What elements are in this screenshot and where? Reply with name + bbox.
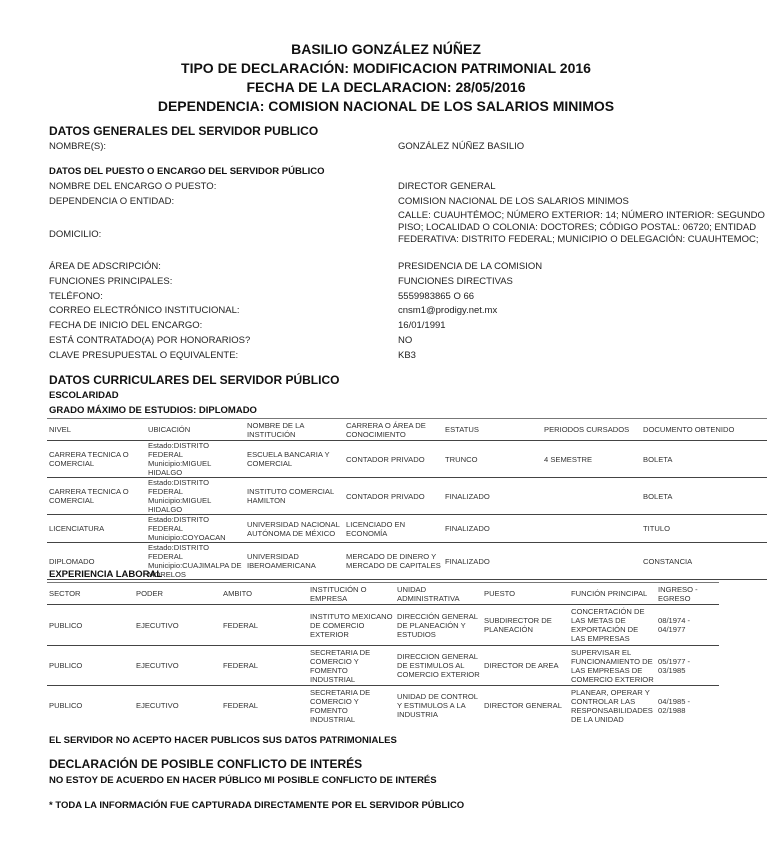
cell: ESCUELA BANCARIA Y COMERCIAL [245, 441, 344, 478]
cell: Estado:DISTRITO FEDERAL Municipio:MIGUEL… [146, 441, 245, 478]
col-header: CARRERA O ÁREA DE CONOCIMIENTO [344, 419, 443, 441]
conflicto-text: NO ESTOY DE ACUERDO EN HACER PÚBLICO MI … [49, 775, 437, 786]
cell: Estado:DISTRITO FEDERAL Municipio:COYOAC… [146, 515, 245, 543]
cell: CARRERA TECNICA O COMERCIAL [47, 441, 146, 478]
col-header: ESTATUS [443, 419, 542, 441]
cell: FINALIZADO [443, 478, 542, 515]
col-header: INSTITUCIÓN O EMPRESA [308, 583, 395, 605]
field-value-clave: KB3 [398, 350, 768, 362]
col-header: PUESTO [482, 583, 569, 605]
col-header: AMBITO [221, 583, 308, 605]
field-label-domicilio: DOMICILIO: [49, 229, 101, 240]
col-header: INGRESO - EGRESO [656, 583, 719, 605]
field-value-domicilio: CALLE: CUAUHTÉMOC; NÚMERO EXTERIOR: 14; … [398, 210, 770, 246]
section-title-conflicto: DECLARACIÓN DE POSIBLE CONFLICTO DE INTE… [49, 757, 362, 771]
cell: DIRECCION GENERAL DE ESTIMULOS AL COMERC… [395, 646, 482, 686]
cell: CONTADOR PRIVADO [344, 478, 443, 515]
cell: PLANEAR, OPERAR Y CONTROLAR LAS RESPONSA… [569, 686, 656, 726]
cell: SECRETARIA DE COMERCIO Y FOMENTO INDUSTR… [308, 686, 395, 726]
field-value-nombre: GONZÁLEZ NÚÑEZ BASILIO [398, 141, 768, 153]
cell [542, 543, 641, 580]
section-title-experiencia: EXPERIENCIA LABORAL [49, 569, 162, 580]
field-label-encargo: NOMBRE DEL ENCARGO O PUESTO: [49, 181, 216, 192]
cell [542, 515, 641, 543]
cell: 08/1974 - 04/1977 [656, 605, 719, 646]
cell [542, 478, 641, 515]
cell: PUBLICO [47, 686, 134, 726]
cell: CONSTANCIA [641, 543, 767, 580]
declaration-agency: DEPENDENCIA: COMISION NACIONAL DE LOS SA… [0, 97, 772, 116]
field-label-honorarios: ESTÁ CONTRATADO(A) POR HONORARIOS? [49, 335, 250, 346]
col-header: DOCUMENTO OBTENIDO [641, 419, 767, 441]
cell: FEDERAL [221, 605, 308, 646]
col-header: NIVEL [47, 419, 146, 441]
cell: SUPERVISAR EL FUNCIONAMIENTO DE LAS EMPR… [569, 646, 656, 686]
declaration-type: TIPO DE DECLARACIÓN: MODIFICACION PATRIM… [0, 59, 772, 78]
cell: UNIVERSIDAD IBEROAMERICANA [245, 543, 344, 580]
cell: FEDERAL [221, 646, 308, 686]
cell: DIRECCIÓN GENERAL DE PLANEACIÓN Y ESTUDI… [395, 605, 482, 646]
cell: SECRETARIA DE COMERCIO Y FOMENTO INDUSTR… [308, 646, 395, 686]
cell: LICENCIATURA [47, 515, 146, 543]
field-value-fecha-inicio: 16/01/1991 [398, 320, 768, 332]
cell: FINALIZADO [443, 515, 542, 543]
table-header-row: NIVEL UBICACIÓN NOMBRE DE LA INSTITUCIÓN… [47, 419, 767, 441]
col-header: PERIODOS CURSADOS [542, 419, 641, 441]
field-value-encargo: DIRECTOR GENERAL [398, 181, 768, 193]
patrimoniales-note: EL SERVIDOR NO ACEPTO HACER PUBLICOS SUS… [49, 735, 397, 746]
table-row: PUBLICO EJECUTIVO FEDERAL INSTITUTO MEXI… [47, 605, 719, 646]
table-row: PUBLICO EJECUTIVO FEDERAL SECRETARIA DE … [47, 686, 719, 726]
cell: FINALIZADO [443, 543, 542, 580]
cell: PUBLICO [47, 646, 134, 686]
footer-note: * TODA LA INFORMACIÓN FUE CAPTURADA DIRE… [49, 800, 464, 811]
document-header: BASILIO GONZÁLEZ NÚÑEZ TIPO DE DECLARACI… [0, 40, 772, 116]
cell: FEDERAL [221, 686, 308, 726]
cell: TRUNCO [443, 441, 542, 478]
cell: DIRECTOR DE AREA [482, 646, 569, 686]
cell: DIRECTOR GENERAL [482, 686, 569, 726]
cell: INSTITUTO MEXICANO DE COMERCIO EXTERIOR [308, 605, 395, 646]
cell: EJECUTIVO [134, 646, 221, 686]
field-label-fecha-inicio: FECHA DE INICIO DEL ENCARGO: [49, 320, 202, 331]
table-row: LICENCIATURA Estado:DISTRITO FEDERAL Mun… [47, 515, 767, 543]
cell: INSTITUTO COMERCIAL HAMILTON [245, 478, 344, 515]
table-row: CARRERA TECNICA O COMERCIAL Estado:DISTR… [47, 441, 767, 478]
cell: UNIVERSIDAD NACIONAL AUTÓNOMA DE MÉXICO [245, 515, 344, 543]
field-value-correo: cnsm1@prodigy.net.mx [398, 305, 768, 317]
grado-maximo-label: GRADO MÁXIMO DE ESTUDIOS: DIPLOMADO [49, 405, 257, 416]
cell: CONCERTACIÓN DE LAS METAS DE EXPORTACIÓN… [569, 605, 656, 646]
col-header: UBICACIÓN [146, 419, 245, 441]
cell: CONTADOR PRIVADO [344, 441, 443, 478]
section-title-datos-generales: DATOS GENERALES DEL SERVIDOR PUBLICO [49, 124, 318, 138]
field-value-area: PRESIDENCIA DE LA COMISION [398, 261, 768, 273]
col-header: PODER [134, 583, 221, 605]
section-title-puesto: DATOS DEL PUESTO O ENCARGO DEL SERVIDOR … [49, 166, 325, 177]
cell: PUBLICO [47, 605, 134, 646]
cell: EJECUTIVO [134, 605, 221, 646]
cell: 05/1977 - 03/1985 [656, 646, 719, 686]
cell: BOLETA [641, 441, 767, 478]
field-label-correo: CORREO ELECTRÓNICO INSTITUCIONAL: [49, 305, 240, 316]
field-label-dependencia: DEPENDENCIA O ENTIDAD: [49, 196, 174, 207]
field-value-funciones: FUNCIONES DIRECTIVAS [398, 276, 768, 288]
cell: TITULO [641, 515, 767, 543]
experience-table: SECTOR PODER AMBITO INSTITUCIÓN O EMPRES… [47, 582, 719, 726]
field-label-telefono: TELÉFONO: [49, 291, 103, 302]
cell: Estado:DISTRITO FEDERAL Municipio:MIGUEL… [146, 478, 245, 515]
table-row: CARRERA TECNICA O COMERCIAL Estado:DISTR… [47, 478, 767, 515]
cell: LICENCIADO EN ECONOMÍA [344, 515, 443, 543]
col-header: UNIDAD ADMINISTRATIVA [395, 583, 482, 605]
cell: UNIDAD DE CONTROL Y ESTIMULOS A LA INDUS… [395, 686, 482, 726]
field-label-nombre: NOMBRE(S): [49, 141, 106, 152]
cell: MERCADO DE DINERO Y MERCADO DE CAPITALES [344, 543, 443, 580]
col-header: NOMBRE DE LA INSTITUCIÓN [245, 419, 344, 441]
field-label-funciones: FUNCIONES PRINCIPALES: [49, 276, 172, 287]
cell: 4 SEMESTRE [542, 441, 641, 478]
field-value-telefono: 5559983865 O 66 [398, 291, 768, 303]
table-header-row: SECTOR PODER AMBITO INSTITUCIÓN O EMPRES… [47, 583, 719, 605]
cell: BOLETA [641, 478, 767, 515]
declarant-name: BASILIO GONZÁLEZ NÚÑEZ [0, 40, 772, 59]
field-value-dependencia: COMISION NACIONAL DE LOS SALARIOS MINIMO… [398, 196, 768, 208]
section-title-curriculares: DATOS CURRICULARES DEL SERVIDOR PÚBLICO [49, 373, 339, 387]
education-table: NIVEL UBICACIÓN NOMBRE DE LA INSTITUCIÓN… [47, 418, 767, 580]
cell: CARRERA TECNICA O COMERCIAL [47, 478, 146, 515]
col-header: FUNCIÓN PRINCIPAL [569, 583, 656, 605]
declaration-date: FECHA DE LA DECLARACION: 28/05/2016 [0, 78, 772, 97]
cell: SUBDIRECTOR DE PLANEACIÓN [482, 605, 569, 646]
col-header: SECTOR [47, 583, 134, 605]
cell: EJECUTIVO [134, 686, 221, 726]
cell: 04/1985 - 02/1988 [656, 686, 719, 726]
field-label-area: ÁREA DE ADSCRIPCIÓN: [49, 261, 161, 272]
field-label-clave: CLAVE PRESUPUESTAL O EQUIVALENTE: [49, 350, 238, 361]
table-row: PUBLICO EJECUTIVO FEDERAL SECRETARIA DE … [47, 646, 719, 686]
escolaridad-label: ESCOLARIDAD [49, 390, 119, 401]
field-value-honorarios: NO [398, 335, 768, 347]
